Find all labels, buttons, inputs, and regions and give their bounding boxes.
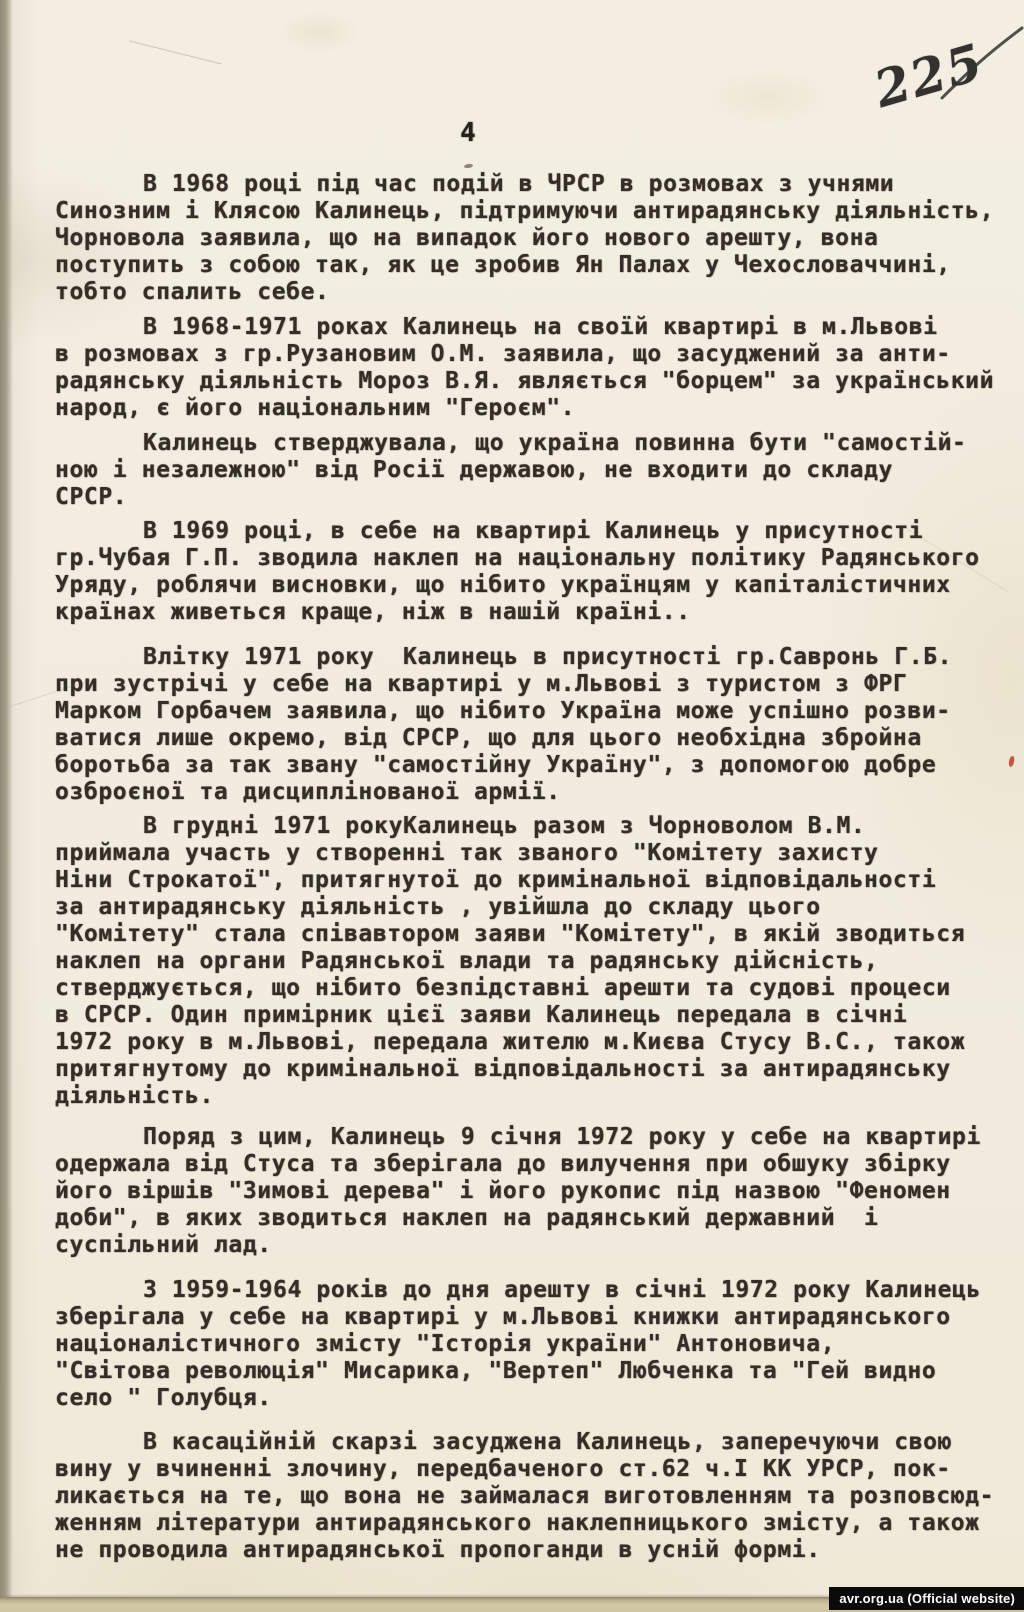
paragraph: В грудні 1971 рокуКалинець разом з Чорно… bbox=[55, 813, 1015, 1110]
paper-scratch bbox=[129, 41, 221, 65]
page-number: 4 bbox=[448, 118, 488, 148]
paragraph: З 1959-1964 років до дня арешту в січні … bbox=[55, 1277, 1015, 1412]
paragraph: Поряд з цим, Калинець 9 січня 1972 року … bbox=[55, 1124, 1015, 1259]
source-watermark: avr.org.ua (Official website) bbox=[829, 1587, 1024, 1610]
page-left-scan-edge bbox=[0, 0, 13, 1598]
paragraph: Влітку 1971 року Калинець в присутності … bbox=[55, 644, 1015, 806]
paragraph: В 1969 році, в себе на квартирі Калинець… bbox=[55, 518, 1015, 626]
paragraph: Калинець стверджувала, що україна повинн… bbox=[55, 430, 1015, 511]
handwriting-pen-stroke bbox=[934, 18, 1024, 108]
scanned-document-page: 225 4 В 1968 році під час подій в ЧРСР в… bbox=[0, 0, 1024, 1612]
paragraph: В 1968-1971 роках Калинець на своїй квар… bbox=[55, 314, 1015, 422]
paragraph: В 1968 році під час подій в ЧРСР в розмо… bbox=[55, 171, 1015, 306]
document-body-text: В 1968 році під час подій в ЧРСР в розмо… bbox=[55, 171, 1015, 1572]
paragraph: В касаційній скарзі засуджена Калинець, … bbox=[55, 1429, 1015, 1564]
